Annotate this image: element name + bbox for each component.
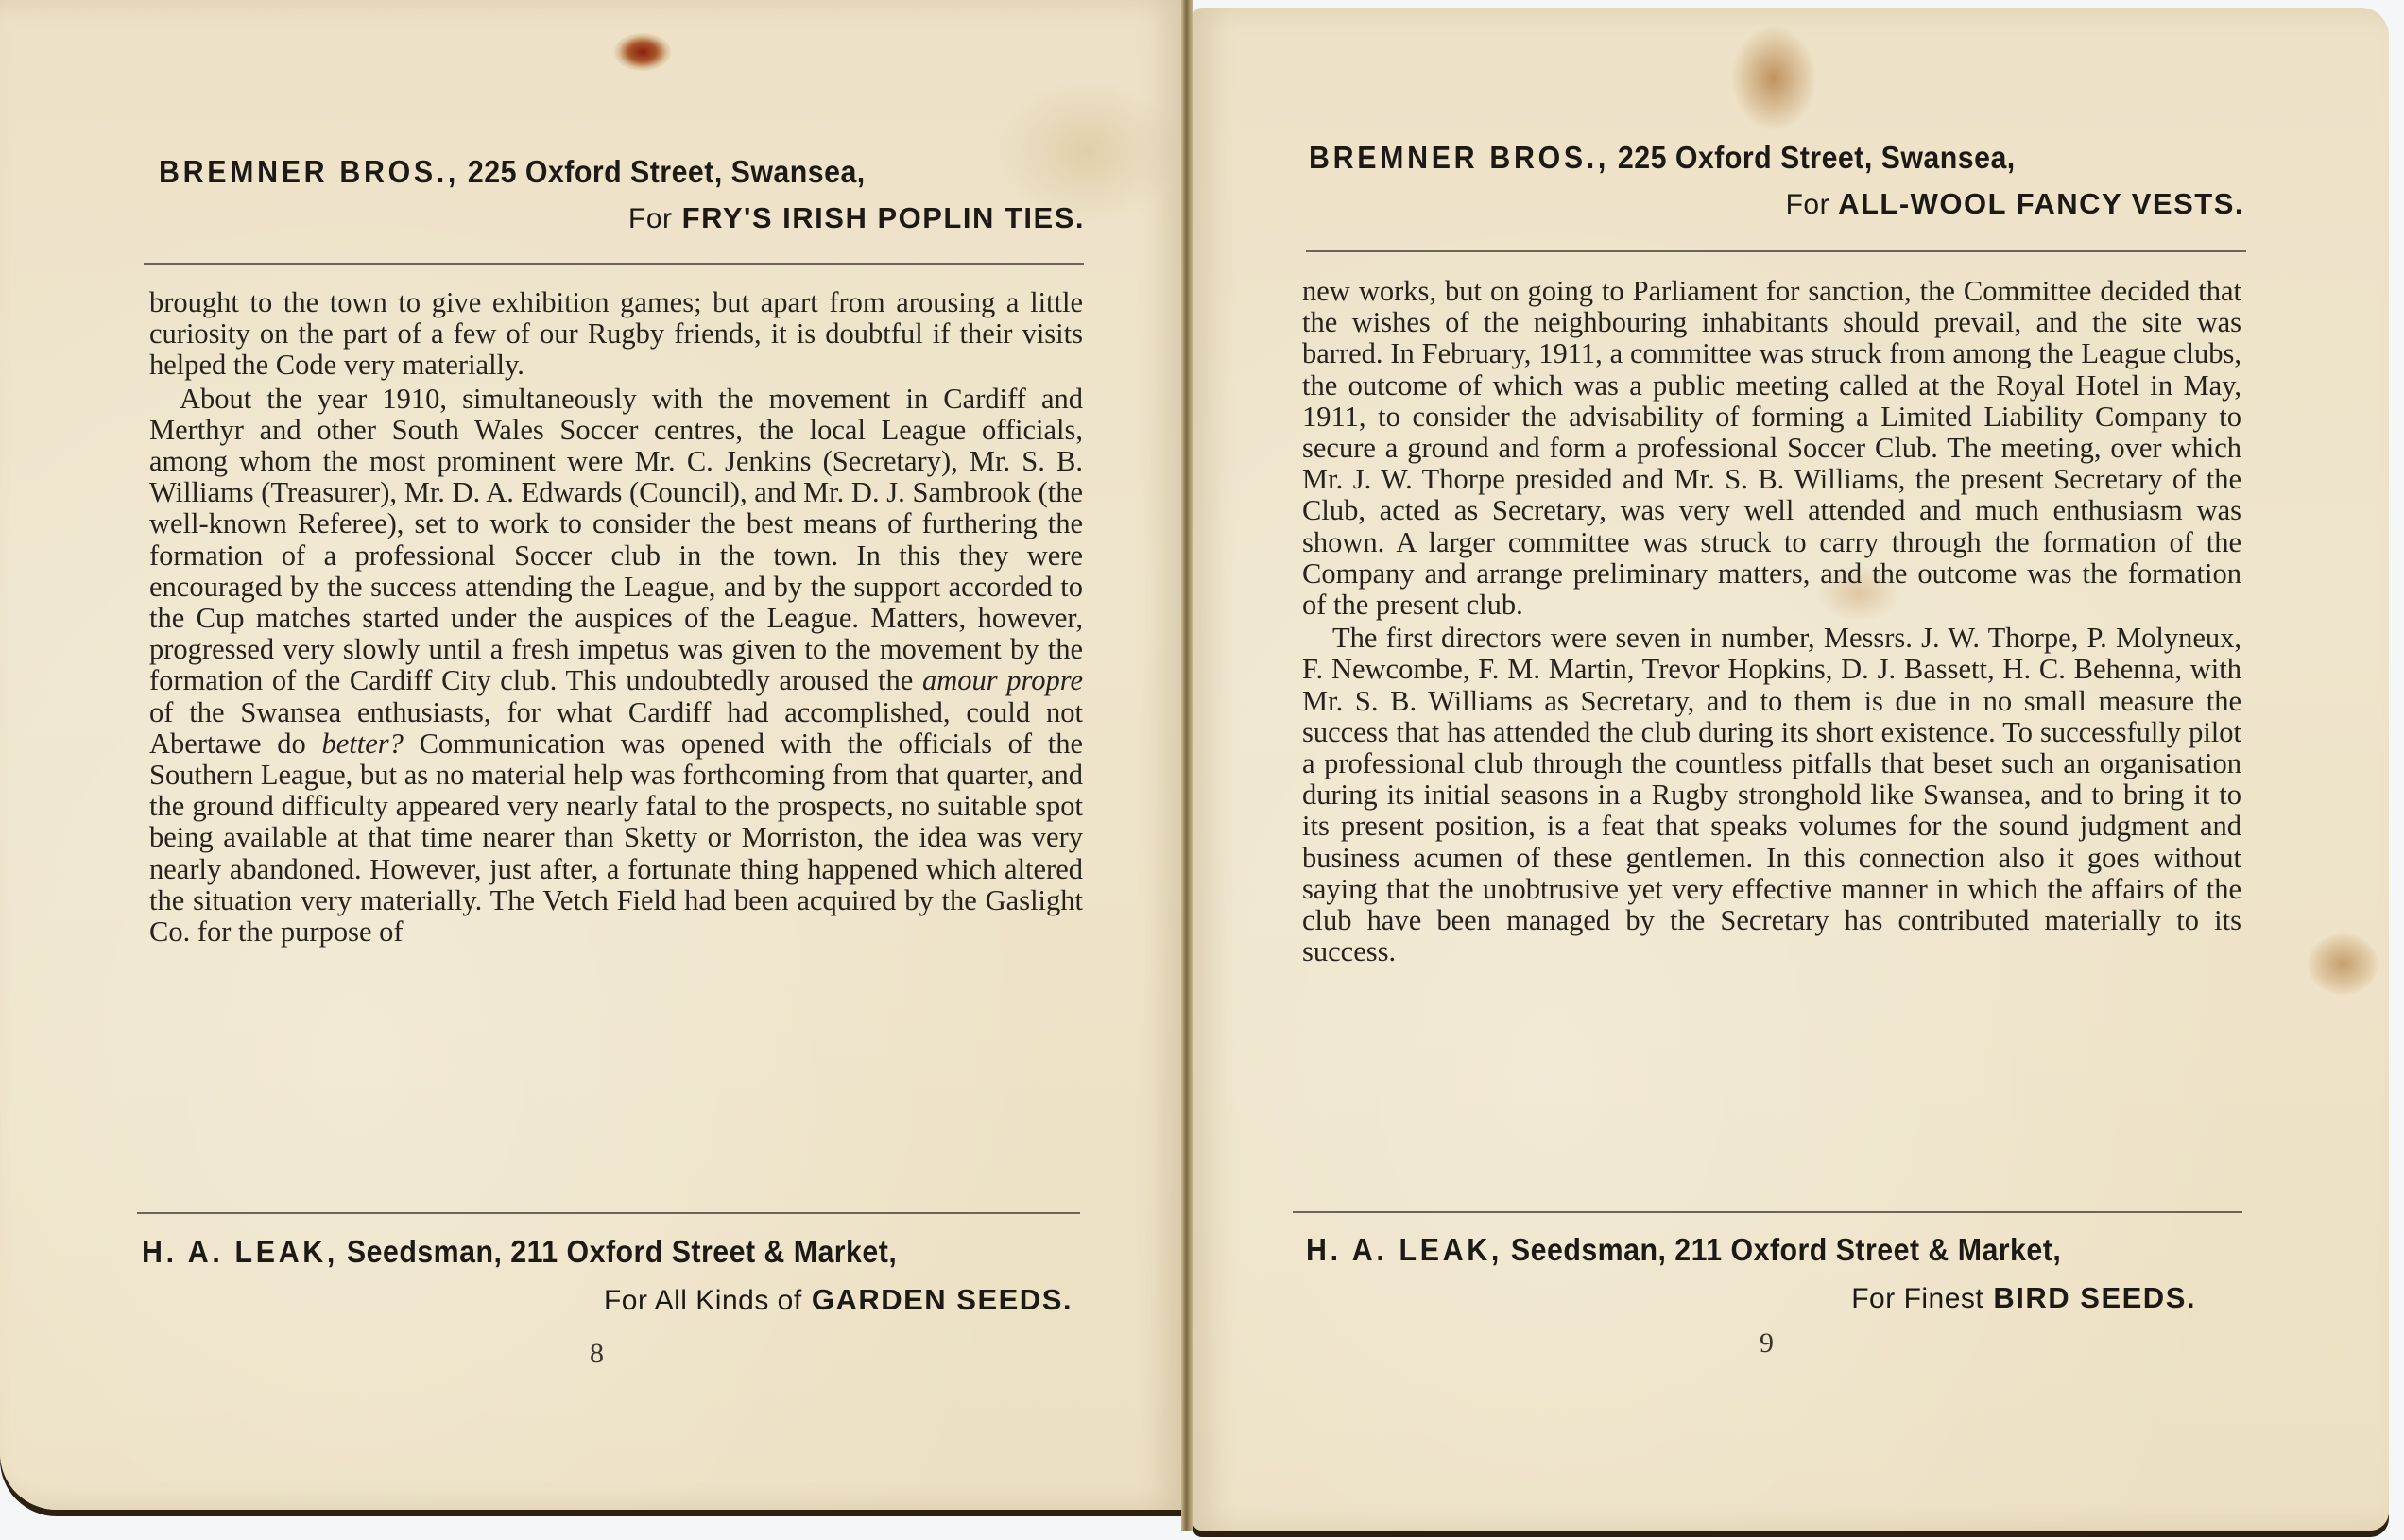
ad-tagline: FRY'S IRISH POPLIN TIES. [682,201,1085,234]
footer-advertisement-left: H. A. LEAK, Seedsman, 211 Oxford Street … [142,1234,1073,1317]
ad-address: Seedsman, 211 Oxford Street & Market, [1511,1232,2061,1267]
ad-tagline-prefix: For [1786,189,1830,220]
ad-tagline: BIRD SEEDS. [1993,1281,2196,1314]
ad-firm-line: H. A. LEAK, Seedsman, 211 Oxford Street … [142,1234,998,1270]
footer-advertisement-right: H. A. LEAK, Seedsman, 211 Oxford Street … [1306,1232,2241,1315]
divider-rule [1306,250,2246,252]
ad-tagline-prefix: For Finest [1851,1283,1983,1314]
ad-firm-line: BREMNER BROS., 225 Oxford Street, Swanse… [159,154,1011,190]
ad-tagline-prefix: For [628,203,673,234]
ad-tagline: GARDEN SEEDS. [812,1283,1073,1316]
ad-firm-name: BREMNER BROS., [159,154,459,189]
ad-firm-line: BREMNER BROS., 225 Oxford Street, Swanse… [1309,140,2170,176]
article-text-right: new works, but on going to Parliament fo… [1302,276,2241,967]
divider-rule [137,1212,1080,1214]
book-spine [1181,0,1193,1531]
ad-tagline: ALL-WOOL FANCY VESTS. [1838,187,2244,220]
page-number: 8 [590,1338,604,1370]
header-advertisement-left: BREMNER BROS., 225 Oxford Street, Swanse… [159,154,1085,235]
header-advertisement-right: BREMNER BROS., 225 Oxford Street, Swanse… [1309,140,2244,221]
italic-phrase: better? [321,727,403,760]
italic-phrase: amour propre [922,664,1083,696]
ad-firm-name: H. A. LEAK, [142,1234,338,1269]
brown-stain [1731,26,1816,130]
ad-firm-name: H. A. LEAK, [1306,1232,1502,1267]
paragraph-text: Communication was opened with the offici… [149,727,1083,948]
ad-tagline-line: For FRY'S IRISH POPLIN TIES. [159,201,1085,235]
paragraph: The first directors were seven in number… [1302,623,2241,967]
ad-firm-line: H. A. LEAK, Seedsman, 211 Oxford Street … [1306,1232,2167,1268]
ad-tagline-prefix: For All Kinds of [604,1285,802,1316]
article-text-left: brought to the town to give exhibition g… [149,287,1083,948]
brown-stain [2308,933,2378,995]
ad-tagline-line: For All Kinds of GARDEN SEEDS. [142,1283,1073,1317]
paragraph: brought to the town to give exhibition g… [149,287,1083,382]
ad-address: Seedsman, 211 Oxford Street & Market, [347,1234,897,1269]
ad-address: 225 Oxford Street, Swansea, [468,154,866,189]
rust-stain [614,33,671,71]
ad-firm-name: BREMNER BROS., [1309,140,1609,175]
page-number: 9 [1760,1327,1774,1360]
ad-tagline-line: For ALL-WOOL FANCY VESTS. [1309,187,2244,221]
paragraph-text: About the year 1910, simultaneously with… [149,383,1083,697]
ad-tagline-line: For Finest BIRD SEEDS. [1306,1281,2241,1315]
ad-address: 225 Oxford Street, Swansea, [1618,140,2016,175]
divider-rule [1293,1211,2242,1213]
paragraph: About the year 1910, simultaneously with… [149,384,1083,949]
paragraph: new works, but on going to Parliament fo… [1302,276,2241,621]
divider-rule [144,263,1084,265]
